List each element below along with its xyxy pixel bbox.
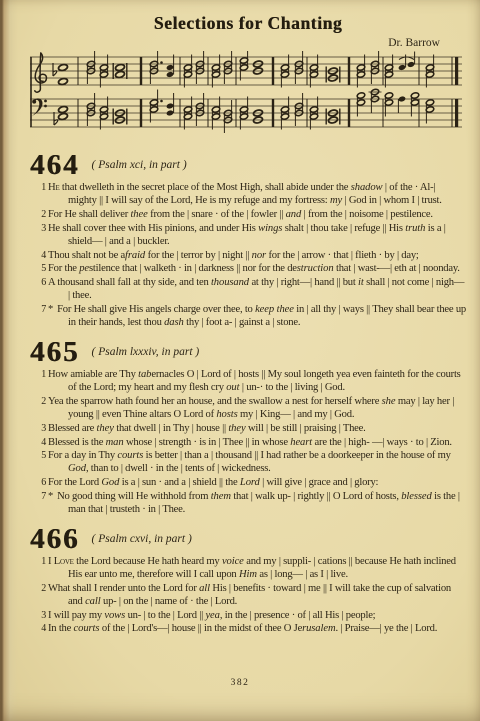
psalm-section-464: 464( Psalm xci, in part )1He that dwelle… (30, 149, 466, 330)
verse: 1How amiable are Thy tabernacles O | Lor… (30, 369, 466, 395)
verse: 6For the Lord God is a | sun · and a | s… (30, 477, 466, 490)
section-source: ( Psalm cxvi, in part ) (92, 533, 192, 545)
verse-number: 2 (36, 396, 46, 409)
verse: 4Thou shalt not be afraid for the | terr… (30, 250, 466, 263)
verse-number: 2 (36, 209, 46, 222)
verse: 2For He shall deliver thee from the | sn… (30, 209, 466, 222)
page-content: Selections for Chanting Dr. Barrow 464( … (30, 0, 466, 637)
verse: 3He shall cover thee with His pinions, a… (30, 223, 466, 249)
verse-number: 7 (36, 491, 46, 504)
bass-clef-icon (32, 98, 47, 116)
book-page: Selections for Chanting Dr. Barrow 464( … (0, 0, 480, 721)
verse-text: For the pestilence that | walketh · in |… (48, 263, 460, 274)
section-heading: 465( Psalm lxxxiv, in part ) (30, 336, 466, 366)
verse-number: 6 (36, 477, 46, 490)
treble-clef-icon (35, 53, 47, 92)
psalm-section-466: 466( Psalm cxvi, in part )1I Love the Lo… (30, 523, 466, 636)
verse-number: 5 (36, 450, 46, 463)
verse-text: What shall I render unto the Lord for al… (48, 583, 451, 607)
verse: 6A thousand shall fall at thy side, and … (30, 277, 466, 303)
page-number: 382 (0, 678, 480, 688)
psalm-section-465: 465( Psalm lxxxiv, in part )1How amiable… (30, 336, 466, 517)
verse-number: 4 (36, 437, 46, 450)
verse-number: 1 (36, 369, 46, 382)
verse-text: No good thing will He withhold from them… (57, 491, 460, 515)
verse-text: Thou shalt not be afraid for the | terro… (48, 250, 419, 261)
verse: 7*No good thing will He withhold from th… (30, 491, 466, 517)
verse-number: 4 (36, 623, 46, 636)
verse-text: He that dwelleth in the secret place of … (48, 182, 442, 206)
verse: 1He that dwelleth in the secret place of… (30, 182, 466, 208)
section-number: 464 (30, 149, 80, 181)
verse: 5For the pestilence that | walketh · in … (30, 263, 466, 276)
verse-number: 2 (36, 583, 46, 596)
verse: 2Yea the sparrow hath found her an house… (30, 396, 466, 422)
verse-number: 3 (36, 223, 46, 236)
section-source: ( Psalm xci, in part ) (92, 159, 187, 171)
section-number: 466 (30, 523, 80, 555)
verse-text: For the Lord God is a | sun · and a | sh… (48, 477, 378, 488)
verse: 7*For He shall give His angels charge ov… (30, 304, 466, 330)
verse-text: Blessed are they that dwell | in Thy | h… (48, 423, 366, 434)
section-heading: 466( Psalm cxvi, in part ) (30, 523, 466, 553)
verse-text: Yea the sparrow hath found her an house,… (48, 396, 454, 420)
verse: 4Blessed is the man whose | strength · i… (30, 437, 466, 450)
verse-text: For He shall give His angels charge over… (57, 304, 466, 328)
verse-number: 1 (36, 556, 46, 569)
verse: 5For a day in Thy courts is better | tha… (30, 450, 466, 476)
verse-number: 7 (36, 304, 46, 317)
verse-number: 3 (36, 610, 46, 623)
verse-number: 3 (36, 423, 46, 436)
verse-text: I will pay my vows un- | to the | Lord |… (48, 610, 375, 621)
section-heading: 464( Psalm xci, in part ) (30, 149, 466, 179)
flat-sign-icon (53, 63, 57, 76)
verse-text: He shall cover thee with His pinions, an… (48, 223, 446, 247)
chant-score (30, 51, 466, 143)
music-attribution: Dr. Barrow (30, 37, 440, 49)
verse-text: A thousand shall fall at thy side, and t… (48, 277, 464, 301)
verse-text: For a day in Thy courts is better | than… (48, 450, 451, 474)
verse: 2What shall I render unto the Lord for a… (30, 583, 466, 609)
asterisk-mark: * (48, 491, 57, 502)
verse: 4In the courts of the | Lord's—| house |… (30, 623, 466, 636)
verse-number: 1 (36, 182, 46, 195)
psalm-sections: 464( Psalm xci, in part )1He that dwelle… (30, 149, 466, 636)
verse-number: 4 (36, 250, 46, 263)
flat-sign-icon (54, 112, 58, 125)
verse: 3Blessed are they that dwell | in Thy | … (30, 423, 466, 436)
verse-text: I Love the Lord because He hath heard my… (48, 556, 456, 580)
verse-text: How amiable are Thy tabernacles O | Lord… (48, 369, 461, 393)
page-title: Selections for Chanting (30, 13, 466, 34)
asterisk-mark: * (48, 304, 57, 315)
verse: 3I will pay my vows un- | to the | Lord … (30, 610, 466, 623)
verse-number: 5 (36, 263, 46, 276)
verse-text: Blessed is the man whose | strength · is… (48, 437, 452, 448)
verse-text: In the courts of the | Lord's—| house ||… (48, 623, 437, 634)
section-source: ( Psalm lxxxiv, in part ) (92, 346, 200, 358)
section-number: 465 (30, 336, 80, 368)
verse-text: For He shall deliver thee from the | sna… (48, 209, 433, 220)
verse: 1I Love the Lord because He hath heard m… (30, 556, 466, 582)
verse-number: 6 (36, 277, 46, 290)
